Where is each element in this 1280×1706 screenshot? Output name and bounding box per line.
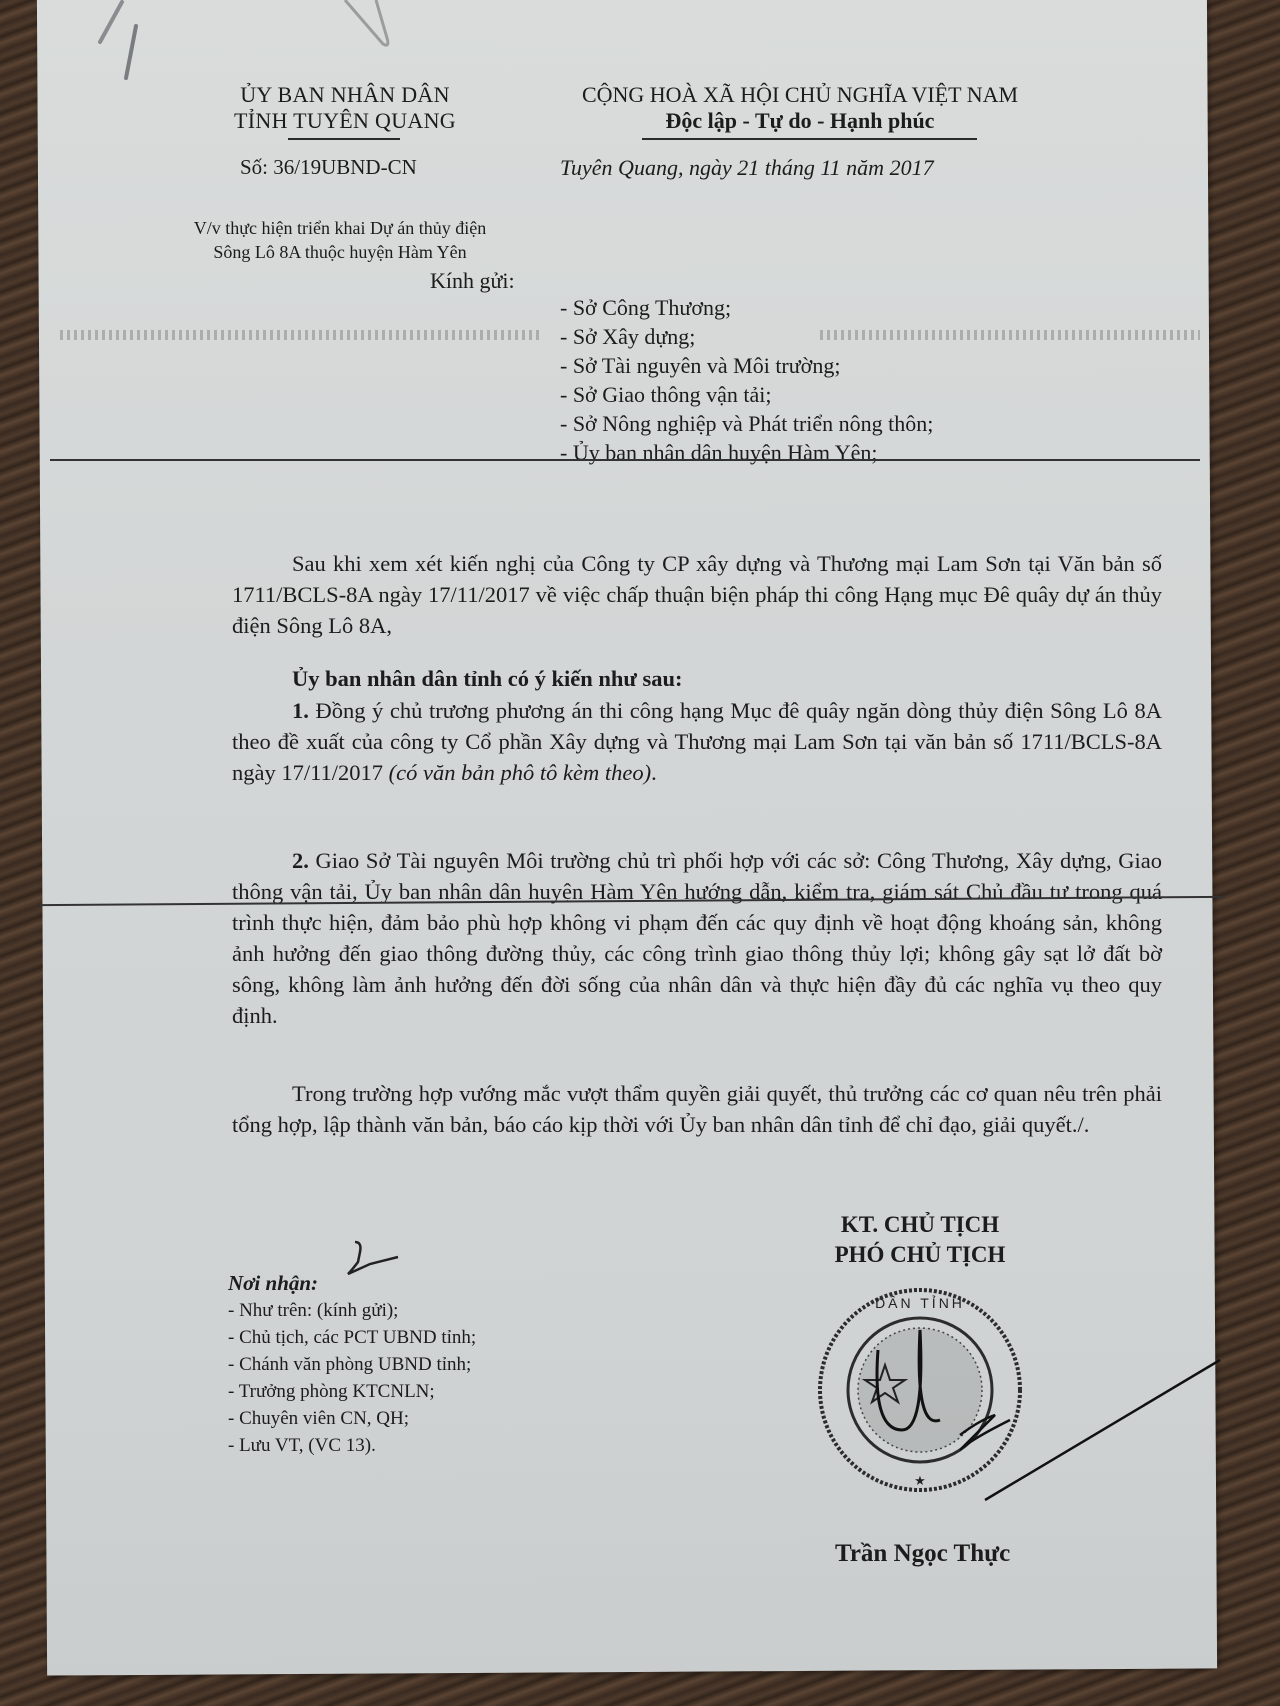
staple-icon <box>126 26 136 78</box>
issuer-line1: ỦY BAN NHÂN DÂN <box>190 82 500 108</box>
item-1: 1. Đồng ý chủ trương phương án thi công … <box>232 695 1162 788</box>
salutation: Kính gửi: <box>430 268 515 294</box>
distribution-item: - Trưởng phòng KTCNLN; <box>228 1378 476 1405</box>
initial-mark-icon <box>330 1240 410 1290</box>
svg-text:★: ★ <box>914 1473 926 1488</box>
national-motto: Độc lập - Tự do - Hạnh phúc <box>520 108 1080 134</box>
opinion-heading: Ủy ban nhân dân tỉnh có ý kiến như sau: <box>232 663 1162 694</box>
signer-name: Trần Ngọc Thực <box>835 1540 1010 1568</box>
issuer-block: ỦY BAN NHÂN DÂN TỈNH TUYÊN QUANG <box>190 82 500 134</box>
subject-line1: V/v thực hiện triển khai Dự án thủy điện <box>140 216 540 240</box>
signature-line2: PHÓ CHỦ TỊCH <box>795 1240 1045 1270</box>
distribution-item: - Như trên: (kính gửi); <box>228 1297 476 1324</box>
item-1-text: Đồng ý chủ trương phương án thi công hạn… <box>232 698 1162 785</box>
distribution-block: Nơi nhận: - Như trên: (kính gửi); - Chủ … <box>228 1270 476 1459</box>
svg-text:DÂN TỈNH: DÂN TỈNH <box>875 1295 965 1311</box>
paperclip-icon <box>345 0 388 45</box>
recipient-item: - Sở Xây dựng; <box>560 322 933 351</box>
signature-title: KT. CHỦ TỊCH PHÓ CHỦ TỊCH <box>795 1210 1045 1270</box>
intro-paragraph: Sau khi xem xét kiến nghị của Công ty CP… <box>232 548 1162 641</box>
issuer-underline <box>288 138 400 140</box>
distribution-item: - Chuyên viên CN, QH; <box>228 1405 476 1432</box>
recipient-list: - Sở Công Thương; - Sở Xây dựng; - Sở Tà… <box>560 293 933 467</box>
date-line: Tuyên Quang, ngày 21 tháng 11 năm 2017 <box>560 155 934 181</box>
national-header-line1: CỘNG HOÀ XÃ HỘI CHỦ NGHĨA VIỆT NAM <box>520 82 1080 108</box>
item-2-text: Giao Sở Tài nguyên Môi trường chủ trì ph… <box>232 848 1162 1028</box>
official-seal-icon: DÂN TỈNH ★ <box>810 1270 1230 1530</box>
scan-artifact <box>60 330 540 340</box>
recipient-item: - Sở Giao thông vận tải; <box>560 380 933 409</box>
motto-underline <box>642 138 977 140</box>
issuer-line2: TỈNH TUYÊN QUANG <box>190 108 500 134</box>
signature-line1: KT. CHỦ TỊCH <box>795 1210 1045 1240</box>
subject-block: V/v thực hiện triển khai Dự án thủy điện… <box>140 216 540 264</box>
closing-paragraph: Trong trường hợp vướng mắc vượt thẩm quy… <box>232 1078 1162 1140</box>
distribution-item: - Chủ tịch, các PCT UBND tỉnh; <box>228 1324 476 1351</box>
staple-icon <box>100 2 122 42</box>
recipient-item: - Sở Công Thương; <box>560 293 933 322</box>
recipient-item: - Ủy ban nhân dân huyện Hàm Yên; <box>560 438 933 467</box>
document-number: Số: 36/19UBND-CN <box>240 155 417 180</box>
subject-line2: Sông Lô 8A thuộc huyện Hàm Yên <box>140 240 540 264</box>
recipient-item: - Sở Tài nguyên và Môi trường; <box>560 351 933 380</box>
item-2-number: 2. <box>292 848 309 873</box>
item-1-end: . <box>651 760 657 785</box>
item-1-number: 1. <box>292 698 309 723</box>
distribution-item: - Lưu VT, (VC 13). <box>228 1432 476 1459</box>
item-1-note: (có văn bản phô tô kèm theo) <box>389 760 651 785</box>
scan-line-artifact <box>50 459 1200 461</box>
recipient-item: - Sở Nông nghiệp và Phát triển nông thôn… <box>560 409 933 438</box>
national-header: CỘNG HOÀ XÃ HỘI CHỦ NGHĨA VIỆT NAM Độc l… <box>520 82 1080 134</box>
item-2: 2. Giao Sở Tài nguyên Môi trường chủ trì… <box>232 845 1162 1031</box>
distribution-item: - Chánh văn phòng UBND tỉnh; <box>228 1351 476 1378</box>
